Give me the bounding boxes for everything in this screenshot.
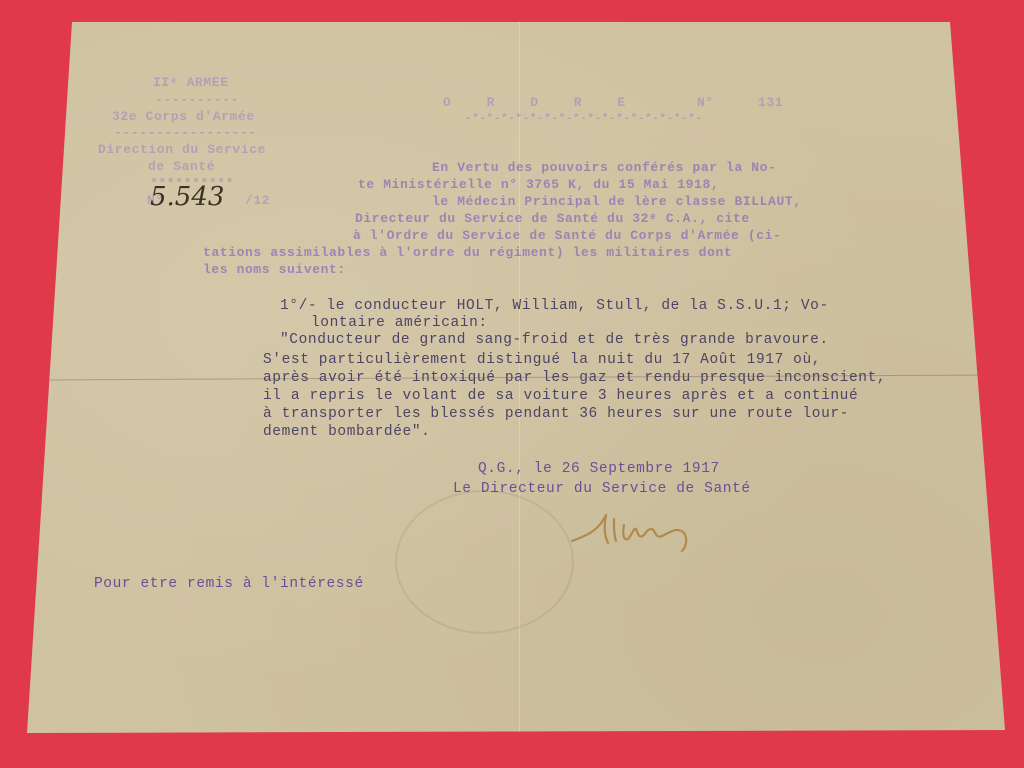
order-underline: -*-*-*-*-*-*-*-*-*-*-*-*-*-*-*-*- [465,113,703,125]
army-label: IIᵉ ARMEE [153,75,229,90]
citation-text-line: après avoir été intoxiqué par les gaz et… [263,370,886,386]
place-date: Q.G., le 26 Septembre 1917 [478,461,720,477]
faded-stamp [395,490,574,634]
preamble-line: Directeur du Service de Santé du 32ᵉ C.A… [355,211,750,226]
citation-text-line: "Conducteur de grand sang-froid et de tr… [280,332,829,348]
corps-label: 32e Corps d'Armée [112,109,255,124]
citation-text-line: il a repris le volant de sa voiture 3 he… [263,388,858,404]
citation-text-line: à transporter les blessés pendant 36 heu… [263,406,849,422]
preamble-line: le Médecin Principal de lère classe BILL… [432,194,802,209]
direction-line-2: de Santé [148,159,215,174]
separator: ----------------- [114,125,257,140]
preamble-line: à l'Ordre du Service de Santé du Corps d… [353,228,781,243]
citation-text-line: S'est particulièrement distingué la nuit… [263,352,821,368]
signature-icon [568,505,698,555]
citation-recipient-cont: lontaire américain: [311,315,488,331]
footer-note: Pour etre remis à l'intéressé [94,576,364,592]
preamble-line: te Ministérielle n° 3765 K, du 15 Mai 19… [358,177,719,192]
preamble-line: les noms suivent: [203,262,346,277]
preamble-line: En Vertu des pouvoirs conférés par la No… [432,160,776,175]
order-word: O R D R E [443,95,627,110]
handwritten-number: 5.543 [150,182,224,212]
number-suffix: /12 [245,193,270,208]
citation-text-line: dement bombardée". [263,424,430,440]
direction-line-1: Direction du Service [98,142,266,157]
preamble-line: tations assimilables à l'ordre du régime… [203,245,732,260]
signature [568,505,698,560]
order-number: 131 [758,95,783,110]
signatory-title: Le Directeur du Service de Santé [453,481,751,497]
order-number-label: N° [697,95,714,110]
citation-recipient: 1°/- le conducteur HOLT, William, Stull,… [280,298,829,314]
separator: ---------- [155,92,239,107]
